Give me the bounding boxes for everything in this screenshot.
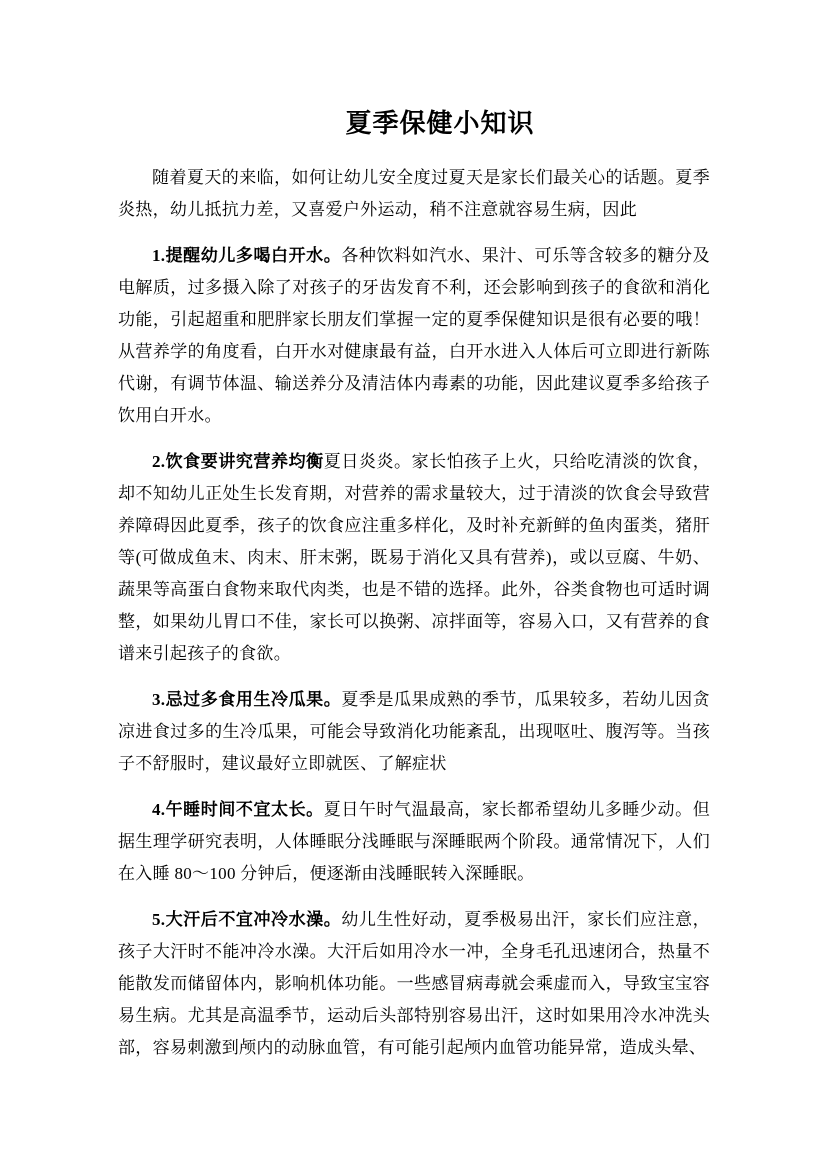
- section-1-body: 各种饮料如汽水、果汁、可乐等含较多的糖分及电解质，过多摄入除了对孩子的牙齿发育不…: [118, 246, 710, 425]
- section-1-heading: 1.提醒幼儿多喝白开水。: [152, 246, 341, 265]
- section-4-paragraph: 4.午睡时间不宜太长。夏日午时气温最高，家长都希望幼儿多睡少动。但据生理学研究表…: [118, 794, 710, 890]
- section-5-body: 幼儿生性好动，夏季极易出汗，家长们应注意，孩子大汗时不能冲冷水澡。大汗后如用冷水…: [118, 910, 710, 1057]
- section-1-paragraph: 1.提醒幼儿多喝白开水。各种饮料如汽水、果汁、可乐等含较多的糖分及电解质，过多摄…: [118, 240, 710, 432]
- section-4-heading: 4.午睡时间不宜太长。: [152, 800, 324, 819]
- section-5-heading: 5.大汗后不宜冲冷水澡。: [152, 910, 341, 929]
- section-3-paragraph: 3.忌过多食用生冷瓜果。夏季是瓜果成熟的季节，瓜果较多，若幼儿因贪凉进食过多的生…: [118, 684, 710, 780]
- document-page: 夏季保健小知识 随着夏天的来临，如何让幼儿安全度过夏天是家长们最关心的话题。夏季…: [118, 104, 710, 1078]
- intro-paragraph: 随着夏天的来临，如何让幼儿安全度过夏天是家长们最关心的话题。夏季炎热，幼儿抵抗力…: [118, 162, 710, 226]
- section-3-heading: 3.忌过多食用生冷瓜果。: [152, 690, 341, 709]
- section-2-paragraph: 2.饮食要讲究营养均衡夏日炎炎。家长怕孩子上火，只给吃清淡的饮食，却不知幼儿正处…: [118, 446, 710, 670]
- section-2-heading: 2.饮食要讲究营养均衡: [152, 452, 324, 471]
- document-title: 夏季保健小知识: [118, 104, 710, 144]
- intro-paragraph-text: 随着夏天的来临，如何让幼儿安全度过夏天是家长们最关心的话题。夏季炎热，幼儿抵抗力…: [118, 168, 710, 219]
- section-2-body: 夏日炎炎。家长怕孩子上火，只给吃清淡的饮食，却不知幼儿正处生长发育期，对营养的需…: [118, 452, 710, 663]
- section-5-paragraph: 5.大汗后不宜冲冷水澡。幼儿生性好动，夏季极易出汗，家长们应注意，孩子大汗时不能…: [118, 904, 710, 1064]
